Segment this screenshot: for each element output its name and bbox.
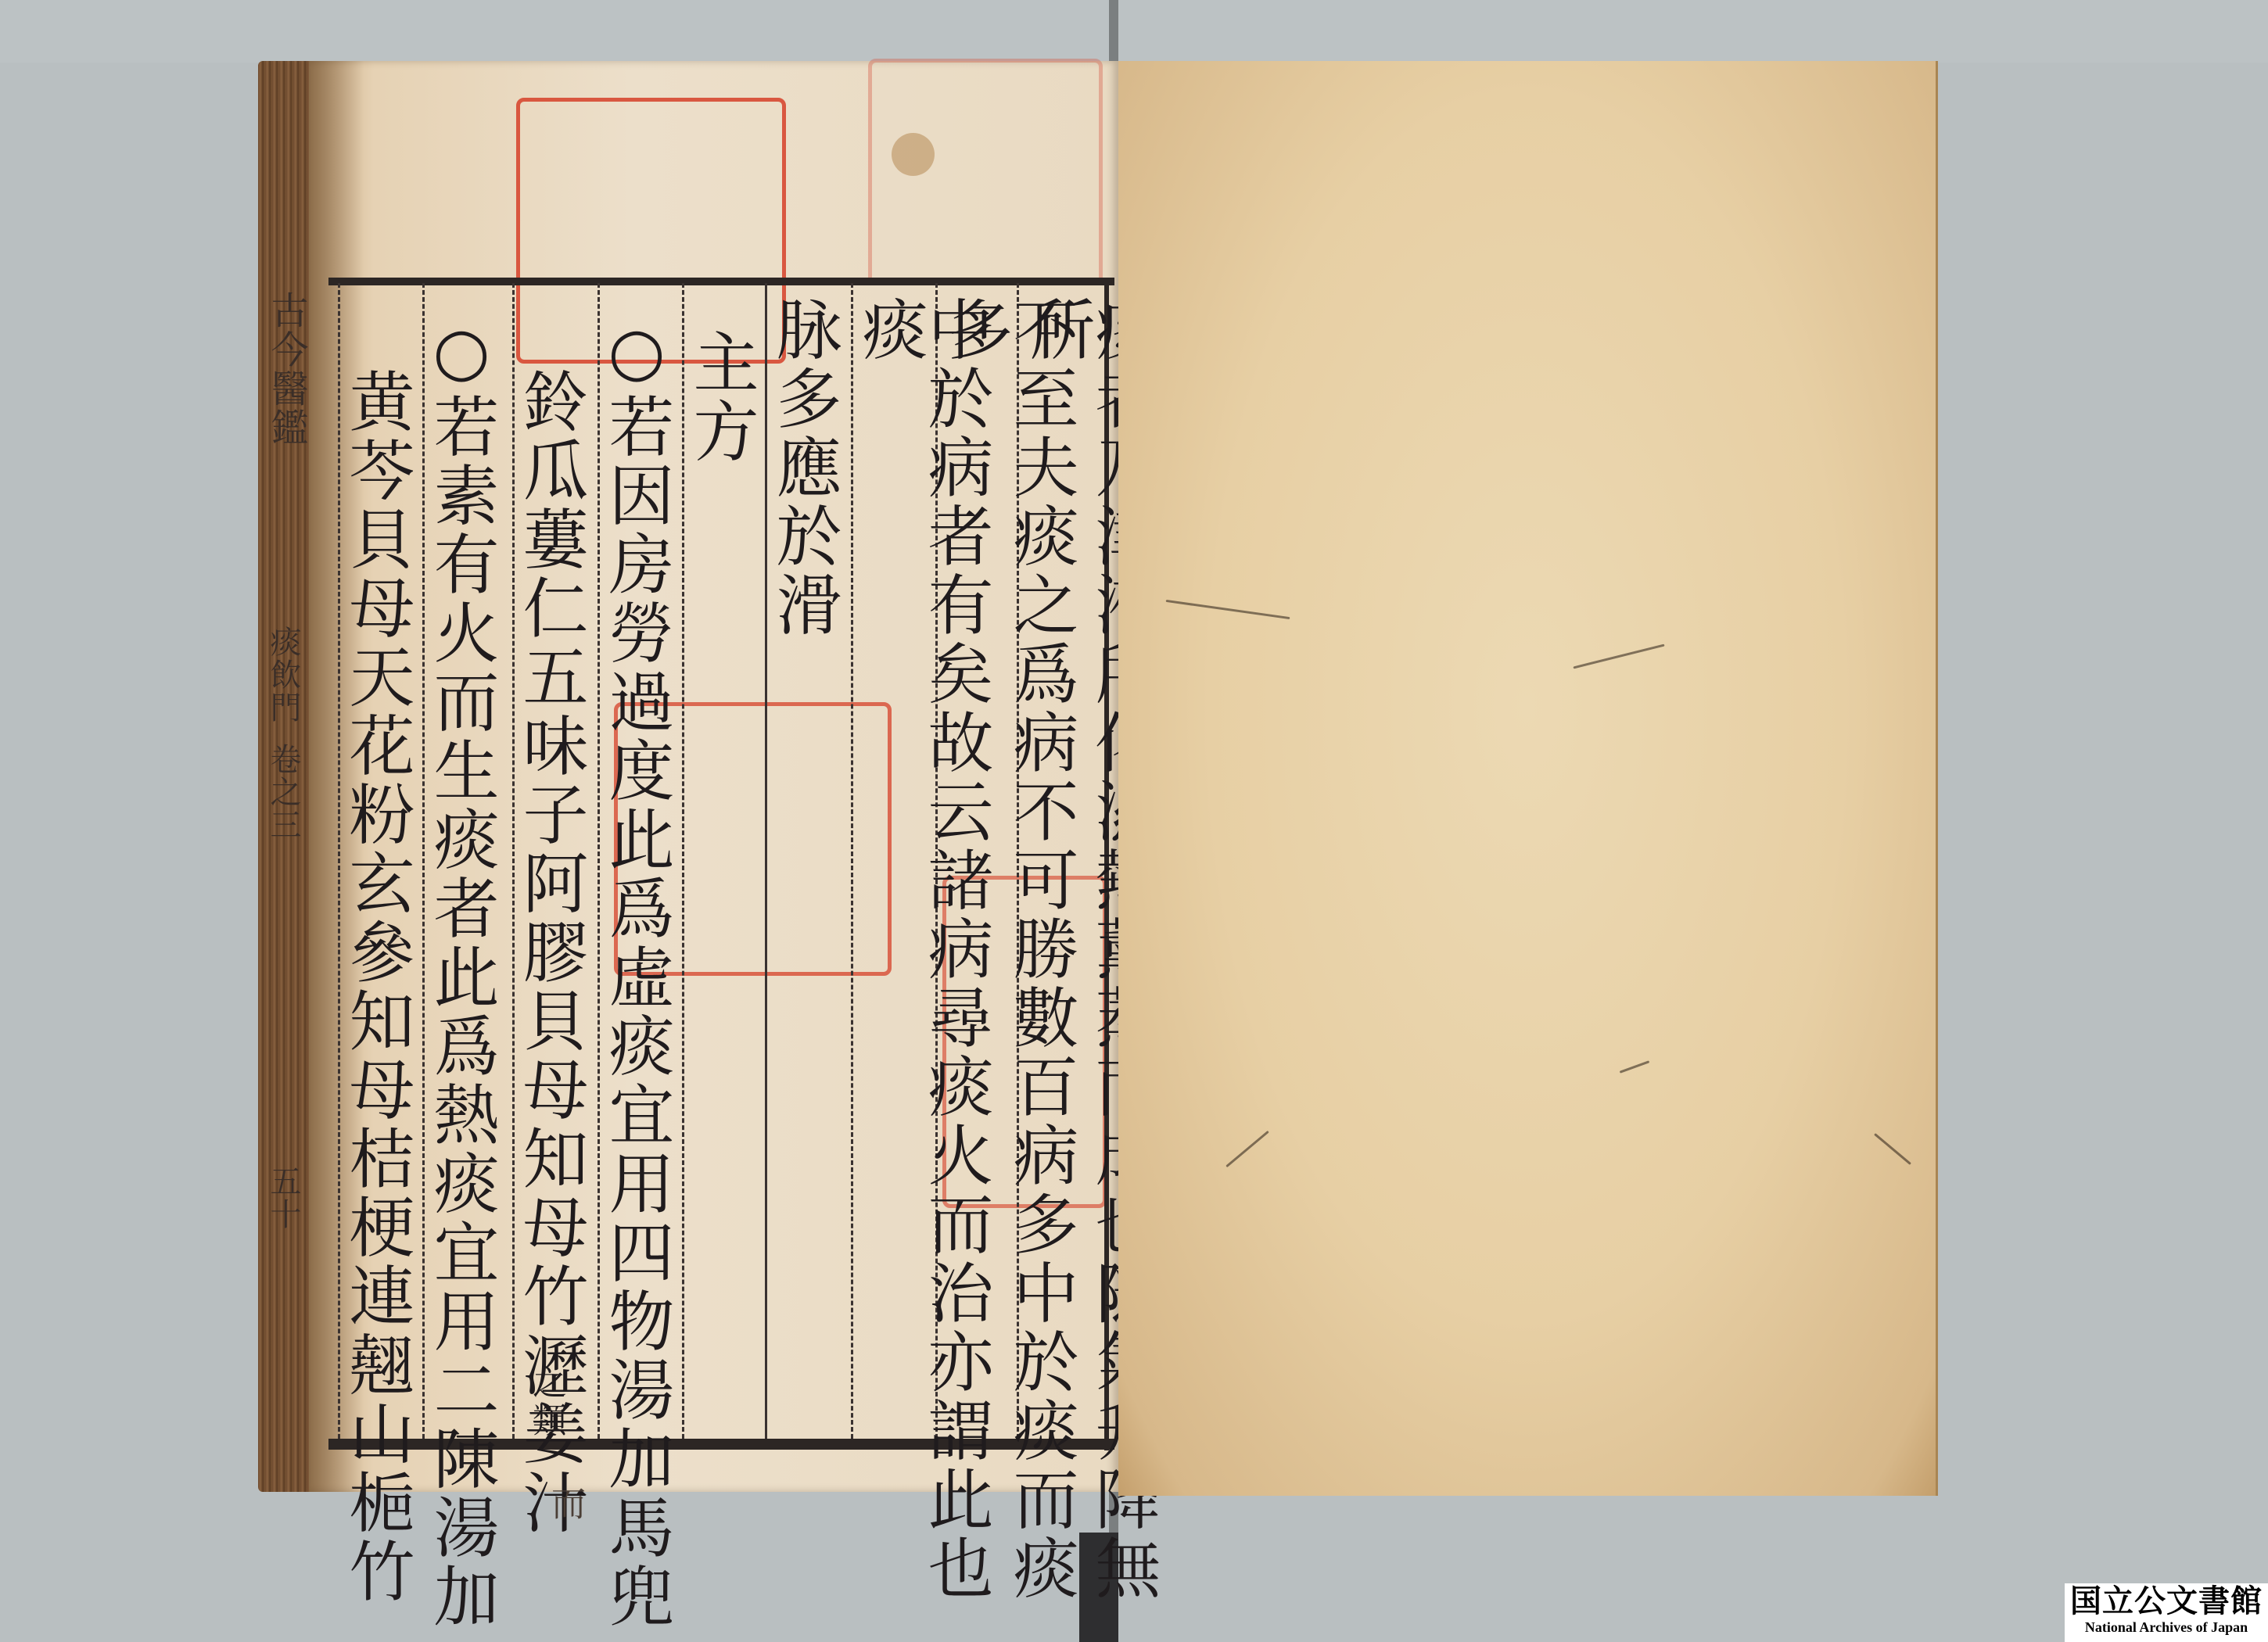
seal-char: 草 — [985, 63, 1099, 186]
text-column-4: 脉多應於滑 — [771, 296, 837, 640]
paper-crease — [1166, 600, 1290, 619]
text-column-7: 鈴瓜蔞仁五味子阿膠貝母知母竹瀝姜汁 — [518, 367, 583, 1537]
seal-char: 政 — [708, 706, 798, 839]
margin-page-number: 五十 — [267, 1165, 299, 1231]
frame-top-border — [328, 278, 1114, 285]
margin-section-title: 痰飲門 — [267, 626, 299, 724]
paper-crease — [1573, 644, 1664, 669]
margin-book-title: 古今醫鑑 — [267, 291, 305, 447]
seal-char: 文 — [520, 102, 608, 231]
logo-english: National Archives of Japan — [2065, 1619, 2268, 1635]
paper-stain — [892, 133, 935, 176]
margin-chapter: 卷之三 — [267, 743, 299, 841]
national-archives-logo: 国立公文書館 National Archives of Japan — [2065, 1583, 2268, 1642]
seal-char: 庫 — [985, 186, 1099, 310]
logo-japanese: 国立公文書館 — [2065, 1583, 2268, 1619]
text-column-3: 中於病者有矣故云諸病尋痰火而治亦謂此也痰 — [857, 296, 989, 1642]
paper-crease — [1874, 1133, 1911, 1165]
seal-char: 局 — [608, 102, 695, 231]
text-column-6: ○若因房勞過度此爲虛痰宜用四物湯加馬兜 — [604, 313, 669, 1631]
seal-char: 府 — [708, 839, 798, 972]
text-column-7-note: 之類 — [529, 1364, 563, 1439]
text-column-9: 黄芩貝母天花粉玄參知母桔梗連翹山梔竹 — [344, 367, 410, 1606]
seal-char: 庫 — [694, 102, 782, 231]
text-column-5: 主方 — [688, 328, 754, 466]
seal-char: 文 — [872, 186, 985, 310]
right-page-blank — [1118, 61, 1938, 1496]
footer-mark: 而 — [547, 1486, 582, 1523]
column-rule — [851, 283, 853, 1439]
paper-crease — [1620, 1060, 1650, 1074]
paper-crease — [1226, 1131, 1269, 1167]
seal-char: 庫 — [520, 231, 608, 360]
text-column-8: ○若素有火而生痰者此爲熱痰宜用二陳湯加 — [429, 313, 494, 1631]
background-top — [0, 0, 2268, 63]
